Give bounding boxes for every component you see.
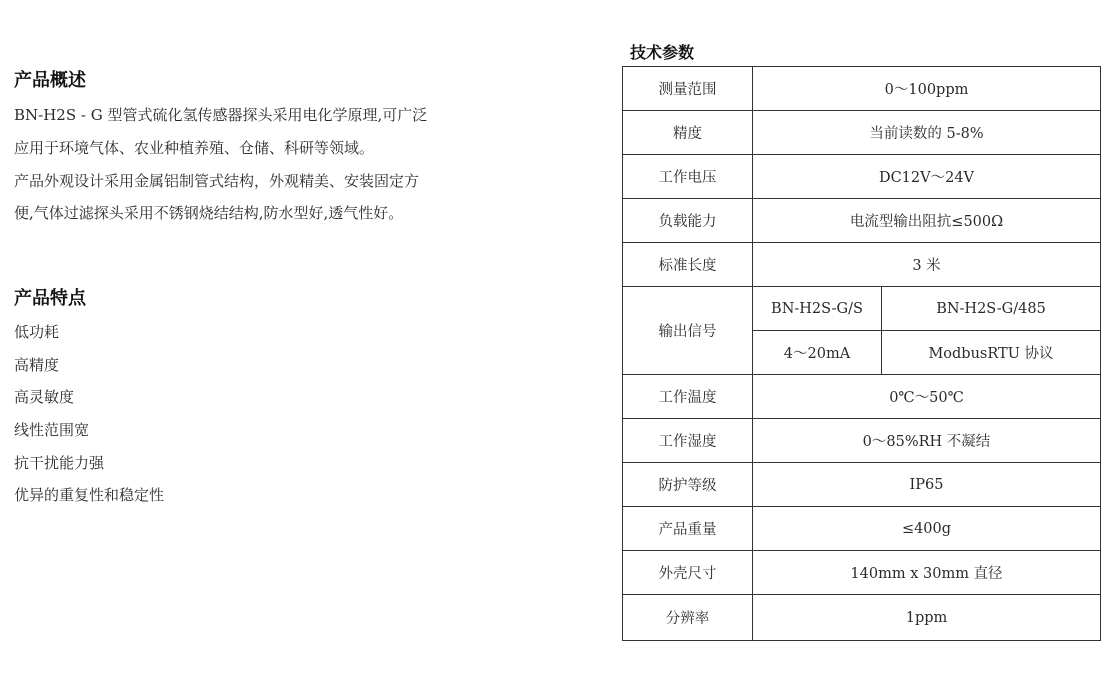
spec-label: 工作湿度 [623, 419, 753, 463]
spec-label: 输出信号 [623, 287, 753, 375]
spec-label: 精度 [623, 111, 753, 155]
spec-label: 工作温度 [623, 375, 753, 419]
spec-value: 0～85%RH 不凝结 [753, 419, 1101, 463]
spec-subvalue: ModbusRTU 协议 [882, 331, 1101, 375]
spec-label: 外壳尺寸 [623, 551, 753, 595]
spec-label: 标准长度 [623, 243, 753, 287]
spec-row: 工作电压DC12V～24V [623, 155, 1101, 199]
spec-value: 当前读数的 5-8% [753, 111, 1101, 155]
spec-value: 0℃～50℃ [753, 375, 1101, 419]
spec-value: 0～100ppm [753, 67, 1101, 111]
spec-label: 产品重量 [623, 507, 753, 551]
overview-line: BN-H2S - G 型管式硫化氢传感器探头采用电化学原理,可广泛 [14, 105, 427, 125]
features-heading: 产品特点 [14, 284, 86, 310]
spec-value: 3 米 [753, 243, 1101, 287]
overview-heading: 产品概述 [14, 66, 86, 92]
spec-row: 标准长度3 米 [623, 243, 1101, 287]
spec-row: 分辨率1ppm [623, 595, 1101, 641]
spec-row: 精度当前读数的 5-8% [623, 111, 1101, 155]
spec-label: 分辨率 [623, 595, 753, 641]
specs-table: 测量范围0～100ppm 精度当前读数的 5-8% 工作电压DC12V～24V … [622, 66, 1101, 641]
spec-value: 1ppm [753, 595, 1101, 641]
feature-item: 优异的重复性和稳定性 [14, 484, 164, 505]
spec-row: 外壳尺寸140mm x 30mm 直径 [623, 551, 1101, 595]
spec-row: 防护等级IP65 [623, 463, 1101, 507]
spec-row: 测量范围0～100ppm [623, 67, 1101, 111]
spec-value: IP65 [753, 463, 1101, 507]
spec-row: 输出信号 BN-H2S-G/S BN-H2S-G/485 [623, 287, 1101, 331]
feature-item: 高灵敏度 [14, 386, 74, 407]
spec-subvalue: 4～20mA [753, 331, 882, 375]
spec-value: 140mm x 30mm 直径 [753, 551, 1101, 595]
specs-heading: 技术参数 [630, 40, 694, 63]
spec-value: DC12V～24V [753, 155, 1101, 199]
overview-line: 便,气体过滤探头采用不锈钢烧结结构,防水型好,透气性好。 [14, 203, 403, 223]
spec-row: 负载能力电流型输出阻抗≤500Ω [623, 199, 1101, 243]
overview-line: 应用于环境气体、农业种植养殖、仓储、科研等领域。 [14, 138, 374, 158]
spec-label: 负载能力 [623, 199, 753, 243]
spec-row: 工作湿度0～85%RH 不凝结 [623, 419, 1101, 463]
feature-item: 线性范围宽 [14, 419, 89, 440]
spec-row: 工作温度0℃～50℃ [623, 375, 1101, 419]
feature-item: 高精度 [14, 354, 59, 375]
spec-value: ≤400g [753, 507, 1101, 551]
spec-label: 测量范围 [623, 67, 753, 111]
spec-subvalue: BN-H2S-G/S [753, 287, 882, 331]
feature-item: 抗干扰能力强 [14, 452, 104, 473]
spec-subvalue: BN-H2S-G/485 [882, 287, 1101, 331]
feature-item: 低功耗 [14, 321, 59, 342]
overview-line: 产品外观设计采用金属铝制管式结构，外观精美、安装固定方 [14, 171, 419, 191]
spec-value: 电流型输出阻抗≤500Ω [753, 199, 1101, 243]
spec-label: 防护等级 [623, 463, 753, 507]
spec-row: 产品重量≤400g [623, 507, 1101, 551]
spec-label: 工作电压 [623, 155, 753, 199]
